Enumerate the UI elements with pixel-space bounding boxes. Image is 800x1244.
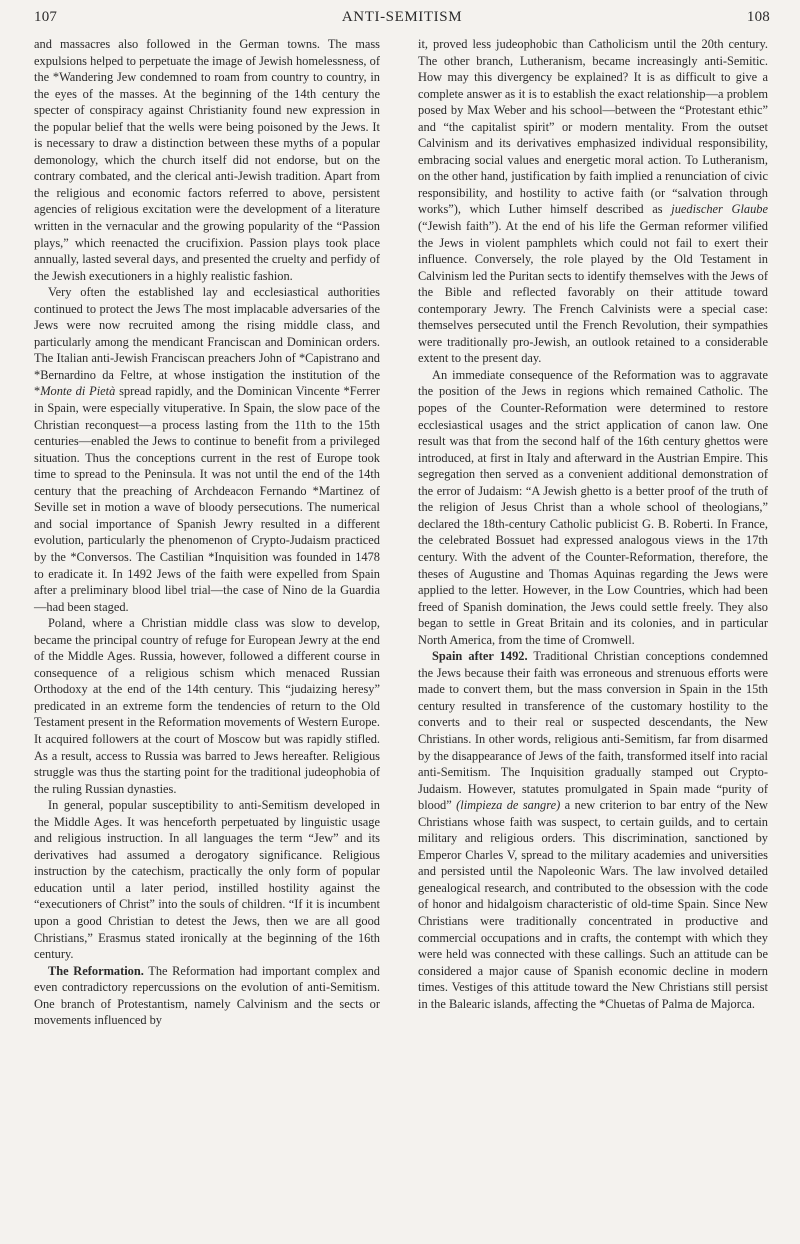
paragraph-text: Traditional Christian conceptions condem… (418, 649, 768, 812)
paragraph-text: Very often the established lay and eccle… (34, 285, 380, 398)
paragraph-text: (“Jewish faith”). At the end of his life… (418, 219, 768, 365)
page-number-left: 107 (34, 9, 57, 26)
paragraph: and massacres also followed in the Germa… (34, 36, 380, 284)
paragraph: Spain after 1492. Traditional Christian … (418, 648, 768, 1012)
paragraph-text: it, proved less judeophobic than Catholi… (418, 37, 768, 216)
paragraph: Poland, where a Christian middle class w… (34, 615, 380, 797)
running-title: ANTI-SEMITISM (342, 9, 462, 26)
paragraph-text: In general, popular susceptibility to an… (34, 798, 380, 961)
paragraph-text: An immediate consequence of the Reformat… (418, 368, 768, 647)
paragraph: The Reformation. The Reformation had imp… (34, 963, 380, 1029)
italic-term: juedischer Glaube (671, 202, 768, 216)
italic-term: Monte di Pietà (40, 384, 115, 398)
right-column: it, proved less judeophobic than Catholi… (418, 36, 768, 1012)
paragraph: An immediate consequence of the Reformat… (418, 367, 768, 648)
section-heading: Spain after 1492. (432, 649, 528, 663)
page-number-right: 108 (747, 9, 770, 26)
running-header: 107 ANTI-SEMITISM 108 (34, 6, 770, 28)
paragraph-text: Poland, where a Christian middle class w… (34, 616, 380, 795)
left-column: and massacres also followed in the Germa… (34, 36, 380, 1029)
book-page: 107 ANTI-SEMITISM 108 and massacres also… (0, 0, 800, 1244)
paragraph-text: and massacres also followed in the Germa… (34, 37, 380, 283)
paragraph: it, proved less judeophobic than Catholi… (418, 36, 768, 367)
italic-term: (limpieza de sangre) (456, 798, 560, 812)
paragraph: In general, popular susceptibility to an… (34, 797, 380, 962)
paragraph-text: spread rapidly, and the Dominican Vincen… (34, 384, 380, 613)
paragraph-text: a new criterion to bar entry of the New … (418, 798, 768, 1011)
paragraph: Very often the established lay and eccle… (34, 284, 380, 615)
section-heading: The Reformation. (48, 964, 144, 978)
